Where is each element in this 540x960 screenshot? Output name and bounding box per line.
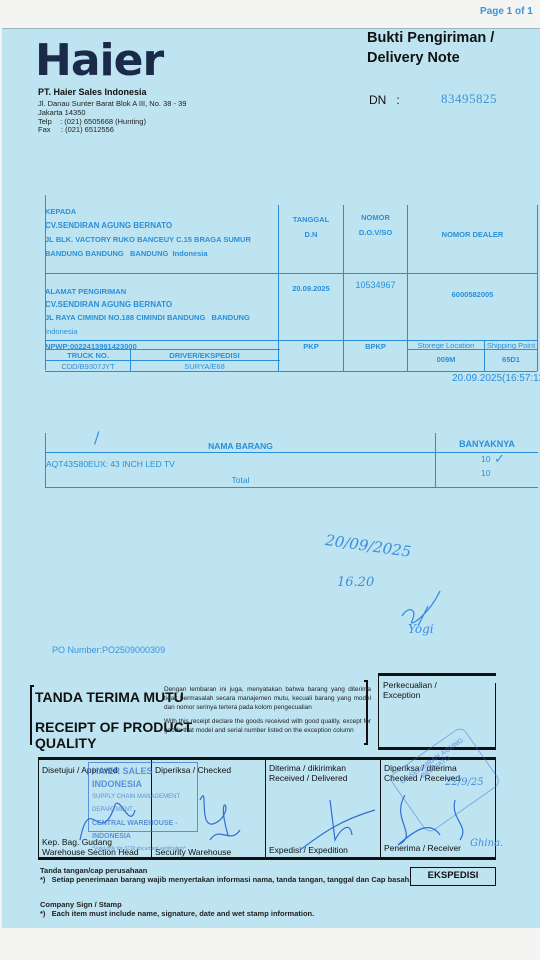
po-number: PO Number:PO2509000309 (52, 645, 165, 655)
note-1-title: Tanda tangan/cap perusahaan (40, 866, 147, 875)
signature-icon (280, 780, 500, 855)
shipping-address-1: JL RAYA CIMINDI NO.188 CIMINDI BANDUNG B… (45, 313, 250, 322)
col-nomor-line1: NOMOR (344, 213, 407, 222)
sig-delivered-label-1: Diterima / dikirimkan (269, 763, 347, 773)
col-nomor: NOMOR D.O.V/SO (344, 213, 407, 237)
recipient-label: KEPADA (45, 207, 76, 216)
exception-label-1: Perkecualian / (383, 680, 437, 690)
bracket-left (30, 685, 34, 745)
note-2-title: Company Sign / Stamp (40, 900, 122, 909)
note-1: *) Setiap penerimaan barang wajib menyer… (40, 875, 411, 884)
shipping-label: ALAMAT PENGIRIMAN (45, 287, 126, 296)
recipient-address-2: BANDUNG BANDUNG BANDUNG Indonesia (45, 249, 208, 258)
col-tanggal-line2: D.N (279, 230, 343, 239)
print-timestamp: 20.09.2025(16:57:12) (452, 373, 540, 384)
haier-logo: Haier (35, 35, 163, 86)
col-bpkp: BPKP (344, 342, 407, 351)
col-banyaknya: BANYAKNYA (436, 439, 538, 449)
receipt-title-en-2: QUALITY (35, 735, 96, 751)
col-nomor-line2: D.O.V/SO (344, 228, 407, 237)
tanggal-value: 20.09.2025 (279, 284, 343, 293)
col-tanggal-line1: TANGGAL (279, 215, 343, 224)
signature-icon (400, 586, 450, 636)
driver-value: SURYA/E68 (131, 362, 278, 371)
col-driver: DRIVER/EKSPEDISI (131, 351, 278, 360)
page-indicator: Page 1 of 1 (480, 6, 533, 17)
nomor-do-value: 10534967 (344, 280, 407, 290)
exception-label-2: Exception (383, 690, 437, 700)
company-city: Jakarta 14350 (38, 108, 86, 117)
item-name: AQT43S80EUX: 43 INCH LED TV (46, 459, 175, 469)
company-name: PT. Haier Sales Indonesia (38, 87, 147, 97)
col-storage-location: Storege Location (408, 341, 484, 350)
receipt-title-id: TANDA TERIMA MUTU (35, 689, 184, 705)
total-label: Total (46, 475, 435, 485)
copy-label: EKSPEDISI (410, 867, 496, 886)
exception-label: Perkecualian / Exception (383, 680, 437, 700)
signature-icon (60, 780, 260, 855)
npwp: NPWP:0022413991423000 (45, 342, 137, 351)
col-shipping-point: Shipping Point (485, 341, 537, 350)
col-tanggal: TANGGAL D.N (279, 215, 343, 239)
recipient-address-1: JL BLK. VACTORY RUKO BANCEUY C.15 BRAGA … (45, 235, 251, 244)
company-address: Jl. Danau Sunter Barat Blok A III, No. 3… (38, 99, 186, 108)
total-value: 10 (481, 468, 490, 478)
recipient-name: CV.SENDIRAN AGUNG BERNATO (45, 221, 172, 230)
col-nomor-dealer: NOMOR DEALER (408, 230, 537, 239)
receipt-text-en: With this receipt declare the goods rece… (164, 717, 371, 735)
shipping-address-2: Indonesia (45, 327, 78, 336)
handwritten-time: 16.20 (337, 575, 374, 590)
check-mark-icon: / (94, 428, 99, 447)
shipping-point-value: 65D1 (485, 355, 537, 364)
exception-field[interactable] (383, 702, 493, 745)
item-qty: 10 (481, 454, 490, 464)
note-2: *) Each item must include name, signatur… (40, 909, 314, 918)
company-fax: Fax : (021) 6512556 (38, 125, 114, 134)
dn-number: 83495825 (441, 91, 497, 107)
check-mark-icon: ✓ (494, 452, 505, 467)
receipt-text-id: Dengan lembaran ini juga, menyatakan bah… (164, 685, 371, 712)
title-line-2: Delivery Note (367, 48, 494, 68)
col-truck-no: TRUCK NO. (46, 351, 130, 360)
col-pkp: PKP (279, 342, 343, 351)
truck-no-value: CDD/B9307JYT (46, 362, 130, 371)
document-title: Bukti Pengiriman / Delivery Note (367, 28, 494, 68)
title-line-1: Bukti Pengiriman / (367, 28, 494, 48)
shipping-name: CV.SENDIRAN AGUNG BERNATO (45, 300, 172, 309)
dn-label: DN : (369, 93, 400, 107)
dealer-no-value: 6000582005 (408, 290, 537, 299)
storage-location-value: 009M (408, 355, 484, 364)
col-nama-barang: NAMA BARANG (46, 441, 435, 451)
